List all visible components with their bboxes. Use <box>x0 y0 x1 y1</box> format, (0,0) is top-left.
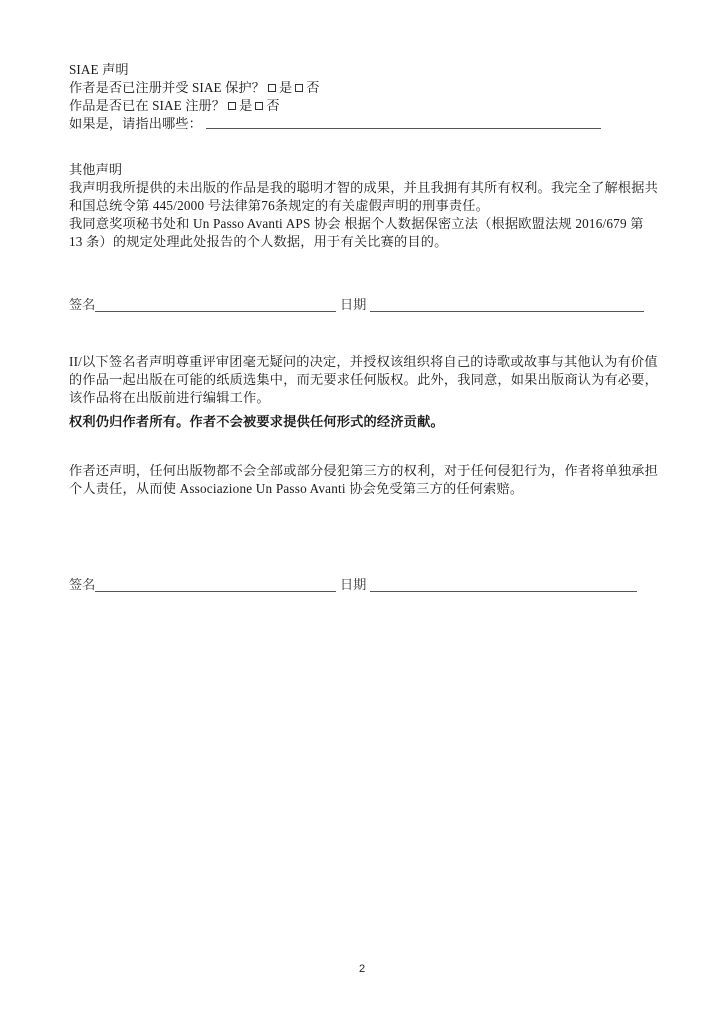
checkbox-q1-no[interactable] <box>295 84 303 92</box>
siae-which-field[interactable] <box>206 128 601 129</box>
rights-statement: 权利仍归作者所有。作者不会被要求提供任何形式的经济贡献。 <box>69 413 659 431</box>
consent-paragraph: II/以下签名者声明尊重评审团毫无疑问的决定，并授权该组织将自己的诗歌或故事与其… <box>69 353 659 407</box>
checkbox-q2-no[interactable] <box>255 102 263 110</box>
liability-paragraph: 作者还声明，任何出版物都不会全部或部分侵犯第三方的权利，对于任何侵犯行为，作者将… <box>69 462 659 498</box>
other-heading: 其他声明 <box>69 161 122 179</box>
no-label: 否 <box>306 80 319 95</box>
siae-q2-text: 作品是否已在 SIAE 注册？ <box>69 98 225 113</box>
signature-field-1[interactable] <box>95 311 336 312</box>
date-label: 日期 <box>340 576 366 594</box>
siae-q1-text: 作者是否已注册并受 SIAE 保护？ <box>69 80 265 95</box>
date-field-1[interactable] <box>370 311 644 312</box>
yes-label: 是 <box>279 80 292 95</box>
checkbox-q1-yes[interactable] <box>268 84 276 92</box>
signature-field-2[interactable] <box>95 591 336 592</box>
other-declaration-paragraph-2: 我同意奖项秘书处和 Un Passo Avanti APS 协会 根据个人数据保… <box>69 215 659 251</box>
siae-heading: SIAE 声明 <box>69 61 129 79</box>
yes-label: 是 <box>239 98 252 113</box>
siae-which-label: 如果是，请指出哪些： <box>69 115 202 133</box>
no-label: 否 <box>266 98 279 113</box>
signature-label: 签名 <box>69 296 95 314</box>
document-page: SIAE 声明 作者是否已注册并受 SIAE 保护？是否 作品是否已在 SIAE… <box>0 0 724 1023</box>
page-number: 2 <box>0 963 724 975</box>
other-declaration-paragraph-1: 我声明我所提供的未出版的作品是我的聪明才智的成果，并且我拥有其所有权利。我完全了… <box>69 179 659 215</box>
date-field-2[interactable] <box>370 591 637 592</box>
date-label: 日期 <box>340 296 366 314</box>
siae-question-1: 作者是否已注册并受 SIAE 保护？是否 <box>69 79 320 97</box>
checkbox-q2-yes[interactable] <box>228 102 236 110</box>
signature-label: 签名 <box>69 576 95 594</box>
siae-question-2: 作品是否已在 SIAE 注册？是否 <box>69 97 280 115</box>
